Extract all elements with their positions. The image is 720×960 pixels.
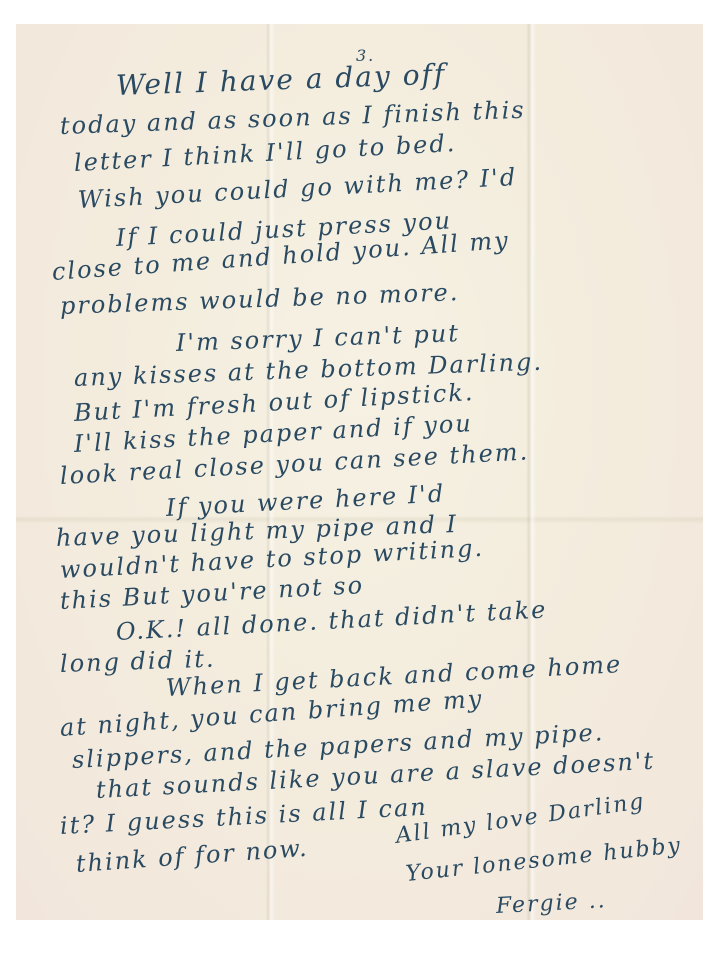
- letter-line: problems would be no more.: [60, 278, 460, 320]
- letter-paper: 3. Well I have a day off today and as so…: [16, 24, 703, 920]
- signature: Fergie ..: [495, 888, 607, 919]
- letter-line: think of for now.: [75, 834, 309, 878]
- letter-line: Well I have a day off: [115, 57, 446, 102]
- letter-line: today and as soon as I finish this: [60, 96, 527, 140]
